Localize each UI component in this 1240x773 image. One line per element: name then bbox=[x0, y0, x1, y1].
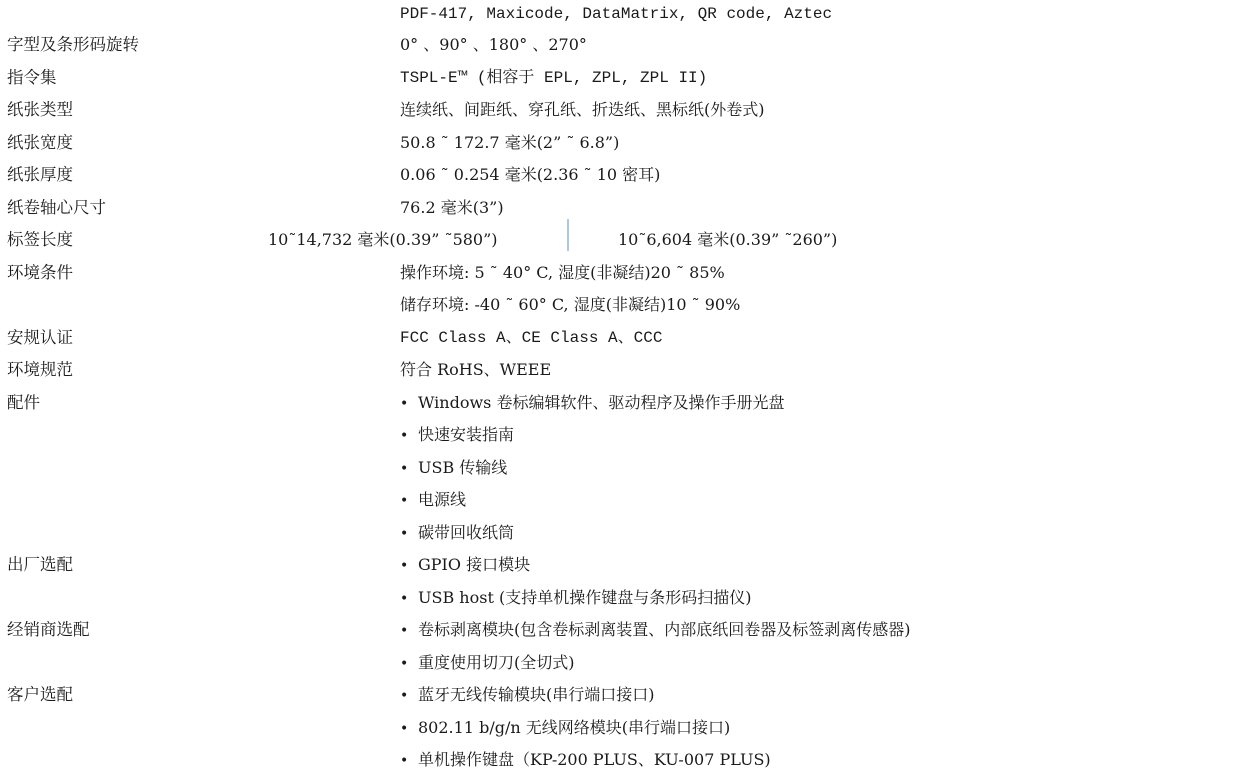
bullet-icon: • bbox=[400, 686, 418, 706]
bullet-icon: • bbox=[400, 589, 418, 609]
bullet-icon: • bbox=[400, 654, 418, 674]
bullet-icon: • bbox=[400, 556, 418, 576]
label-length-label: 标签长度 bbox=[7, 230, 73, 250]
list-item: •电源线 bbox=[400, 490, 466, 511]
bullet-icon: • bbox=[400, 621, 418, 641]
command-set-value: TSPL-E™ (相容于 EPL, ZPL, ZPL II) bbox=[400, 68, 707, 88]
media-width-value: 50.8 ˜ 172.7 毫米(2” ˜ 6.8”) bbox=[400, 133, 619, 153]
core-size-label: 纸卷轴心尺寸 bbox=[7, 198, 106, 218]
dealer-options-label: 经销商选配 bbox=[7, 620, 90, 640]
bullet-icon: • bbox=[400, 426, 418, 446]
list-item: •单机操作键盘（KP-200 PLUS、KU-007 PLUS) bbox=[400, 750, 771, 771]
media-width-label: 纸张宽度 bbox=[7, 133, 73, 153]
customer-options-label: 客户选配 bbox=[7, 685, 73, 705]
list-item: •Windows 卷标编辑软件、驱动程序及操作手册光盘 bbox=[400, 393, 784, 414]
bullet-icon: • bbox=[400, 719, 418, 739]
list-item: •蓝牙无线传输模块(串行端口接口) bbox=[400, 685, 655, 706]
env-regulation-label: 环境规范 bbox=[7, 360, 73, 380]
bullet-icon: • bbox=[400, 491, 418, 511]
safety-value: FCC Class A、CE Class A、CCC bbox=[400, 328, 662, 348]
storage-env-value: 储存环境: -40 ˜ 60° C, 湿度(非凝结)10 ˜ 90% bbox=[400, 295, 740, 315]
operating-env-value: 操作环境: 5 ˜ 40° C, 湿度(非凝结)20 ˜ 85% bbox=[400, 263, 725, 283]
command-set-label: 指令集 bbox=[7, 68, 57, 88]
rotation-value: 0° 、90° 、180° 、270° bbox=[400, 35, 587, 55]
media-type-value: 连续纸、间距纸、穿孔纸、折迭纸、黑标纸(外卷式) bbox=[400, 100, 765, 120]
bullet-icon: • bbox=[400, 751, 418, 771]
environment-label: 环境条件 bbox=[7, 263, 73, 283]
label-length-value-right: 10˜6,604 毫米(0.39” ˜260”) bbox=[618, 230, 837, 250]
list-item: •重度使用切刀(全切式) bbox=[400, 653, 575, 674]
list-item: •802.11 b/g/n 无线网络模块(串行端口接口) bbox=[400, 718, 730, 739]
safety-label: 安规认证 bbox=[7, 328, 73, 348]
core-size-value: 76.2 毫米(3”) bbox=[400, 198, 504, 218]
rotation-label: 字型及条形码旋转 bbox=[7, 35, 139, 55]
list-item: •卷标剥离模块(包含卷标剥离装置、内部底纸回卷器及标签剥离传感器) bbox=[400, 620, 911, 641]
label-length-value-left: 10˜14,732 毫米(0.39” ˜580”) bbox=[268, 230, 498, 250]
list-item: •快速安装指南 bbox=[400, 425, 514, 446]
list-item: •USB host (支持单机操作键盘与条形码扫描仪) bbox=[400, 588, 751, 609]
bullet-icon: • bbox=[400, 394, 418, 414]
barcode-types-value: PDF-417, Maxicode, DataMatrix, QR code, … bbox=[400, 4, 832, 24]
media-thickness-label: 纸张厚度 bbox=[7, 165, 73, 185]
list-item: •碳带回收纸筒 bbox=[400, 523, 514, 544]
accessories-label: 配件 bbox=[7, 393, 40, 413]
env-regulation-value: 符合 RoHS、WEEE bbox=[400, 360, 551, 380]
media-type-label: 纸张类型 bbox=[7, 100, 73, 120]
column-separator bbox=[567, 219, 569, 251]
bullet-icon: • bbox=[400, 524, 418, 544]
bullet-icon: • bbox=[400, 459, 418, 479]
media-thickness-value: 0.06 ˜ 0.254 毫米(2.36 ˜ 10 密耳) bbox=[400, 165, 660, 185]
factory-options-label: 出厂选配 bbox=[7, 555, 73, 575]
list-item: •USB 传输线 bbox=[400, 458, 507, 479]
list-item: •GPIO 接口模块 bbox=[400, 555, 530, 576]
